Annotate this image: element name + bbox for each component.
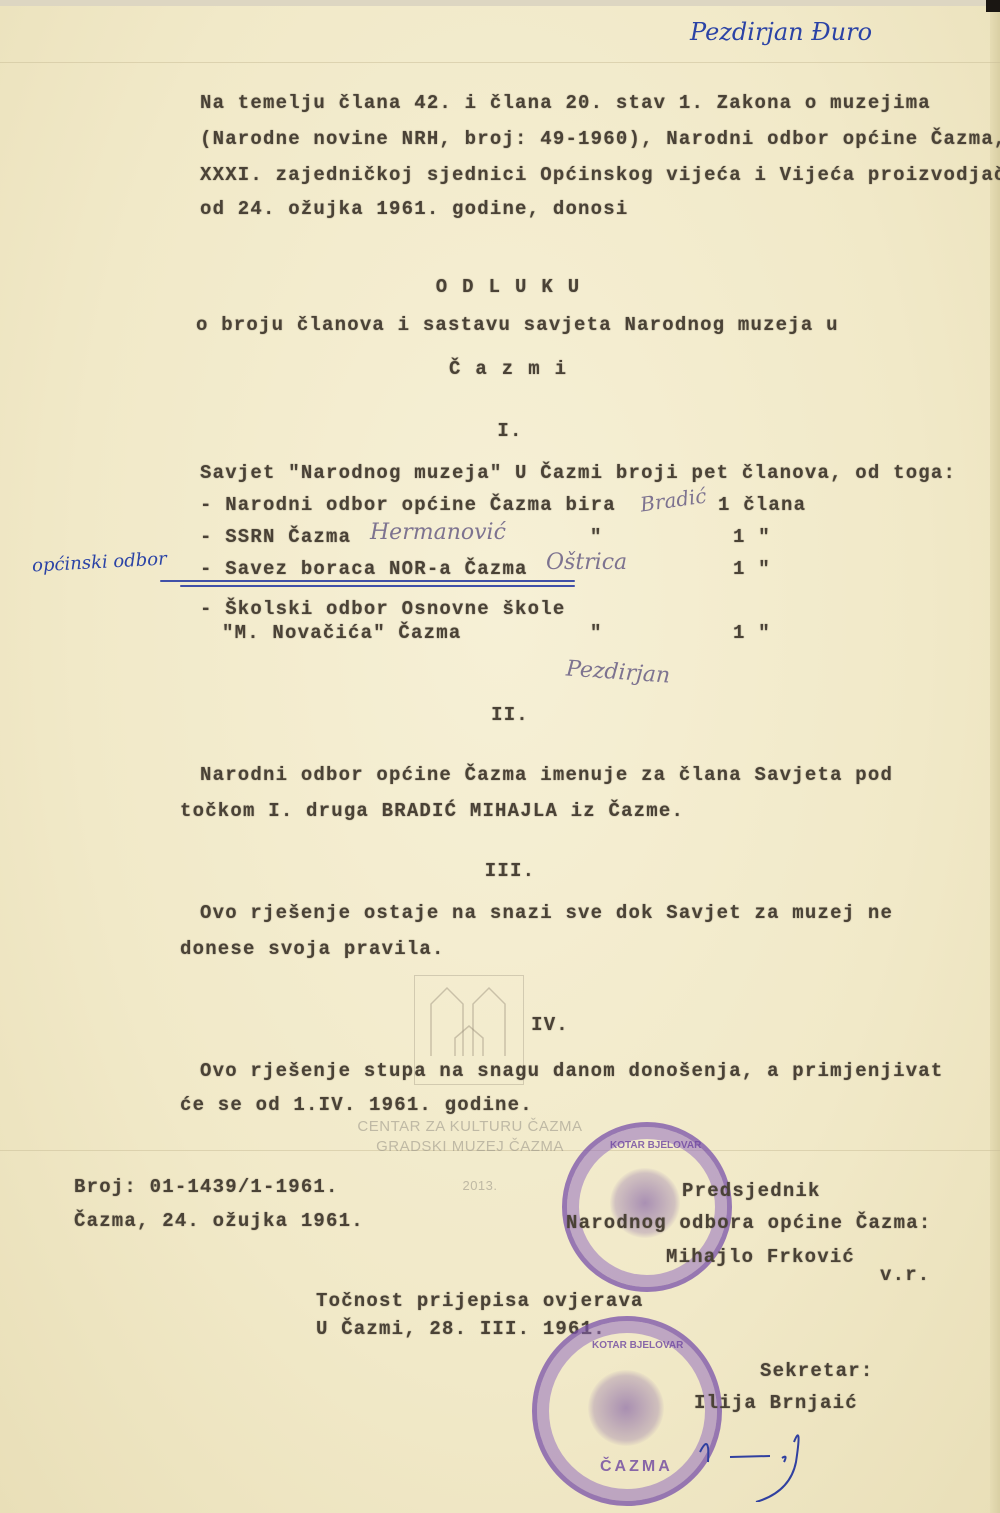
member-label: - Narodni odbor općine Čazma bira	[200, 494, 616, 516]
certification-date: U Čazmi, 28. III. 1961.	[316, 1318, 606, 1340]
president-title: Predsjednik	[682, 1180, 821, 1202]
member-label-cont: "M. Novačića" Čazma	[222, 622, 461, 644]
page-right-edge	[990, 0, 1000, 1513]
section-numeral-1: I.	[0, 420, 1000, 442]
section-3-text: donese svoja pravila.	[180, 938, 445, 960]
document-subtitle-place: Čazmi	[0, 358, 1000, 380]
section-4-text: Ovo rješenje stupa na snagu danom donoše…	[200, 1060, 944, 1082]
pencil-name-ostrica: Oštrica	[546, 550, 627, 575]
reference-number: Broj: 01-1439/1-1961.	[74, 1176, 339, 1198]
member-count: 1 člana	[718, 494, 806, 516]
preamble-line: XXXI. zajedničkoj sjednici Općinskog vij…	[200, 164, 1000, 186]
stamp-district: KOTAR BJELOVAR	[592, 1340, 683, 1351]
document-title: ODLUKU	[0, 276, 1000, 298]
member-label: - Školski odbor Osnovne škole	[200, 598, 565, 620]
secretary-signature-icon	[690, 1412, 870, 1502]
member-count: 1 "	[733, 526, 771, 548]
watermark-year: 2013.	[440, 1178, 520, 1193]
watermark-line-1: CENTAR ZA KULTURU ČAZMA	[340, 1118, 600, 1135]
member-count: 1 "	[733, 622, 771, 644]
member-ditto: "	[590, 622, 603, 644]
president-body: Narodnog odbora općine Čazma:	[566, 1212, 931, 1234]
member-label: - Savez boraca NOR-a Čazma	[200, 558, 528, 580]
section-numeral-2: II.	[0, 704, 1000, 726]
member-ditto: "	[590, 526, 603, 548]
secretary-title: Sekretar:	[760, 1360, 873, 1382]
secretary-name: Ilija Brnjaić	[694, 1392, 858, 1414]
scan-corner	[986, 0, 1000, 12]
section-numeral-4: IV.	[0, 1014, 1000, 1036]
stamp-district: KOTAR BJELOVAR	[610, 1140, 701, 1151]
reference-place-date: Čazma, 24. ožujka 1961.	[74, 1210, 364, 1232]
member-label: - SSRN Čazma	[200, 526, 351, 548]
member-count: 1 "	[733, 558, 771, 580]
document-page	[0, 0, 1000, 1513]
section-2-text: točkom I. druga BRADIĆ MIHAJLA iz Čazme.	[180, 800, 684, 822]
blue-underline	[180, 585, 575, 587]
handwritten-name-top: Pezdirjan Đuro	[690, 18, 872, 46]
section-3-text: Ovo rješenje ostaje na snazi sve dok Sav…	[200, 902, 893, 924]
stamp-center-text: ČAZMA	[600, 1458, 673, 1476]
section-2-text: Narodni odbor općine Čazma imenuje za čl…	[200, 764, 893, 786]
section-numeral-3: III.	[0, 860, 1000, 882]
president-name: Mihajlo Frković	[666, 1246, 855, 1268]
certification-line: Točnost prijepisa ovjerava	[316, 1290, 644, 1312]
stamp-emblem	[588, 1370, 664, 1446]
section-1-intro: Savjet "Narodnog muzeja" U Čazmi broji p…	[200, 462, 956, 484]
pencil-name-hermanovic: Hermanović	[370, 520, 506, 545]
preamble-line: Na temelju člana 42. i člana 20. stav 1.…	[200, 92, 931, 114]
watermark-line-2: GRADSKI MUZEJ ČAZMA	[340, 1138, 600, 1155]
document-subtitle: o broju članova i sastavu savjeta Narodn…	[196, 314, 839, 336]
blue-underline	[160, 580, 575, 582]
preamble-line: od 24. ožujka 1961. godine, donosi	[200, 198, 628, 220]
paper-fold	[0, 62, 1000, 63]
page-top-edge	[0, 0, 1000, 6]
preamble-line: (Narodne novine NRH, broj: 49-1960), Nar…	[200, 128, 1000, 150]
president-vr: v.r.	[880, 1264, 930, 1286]
section-4-text: će se od 1.IV. 1961. godine.	[180, 1094, 533, 1116]
